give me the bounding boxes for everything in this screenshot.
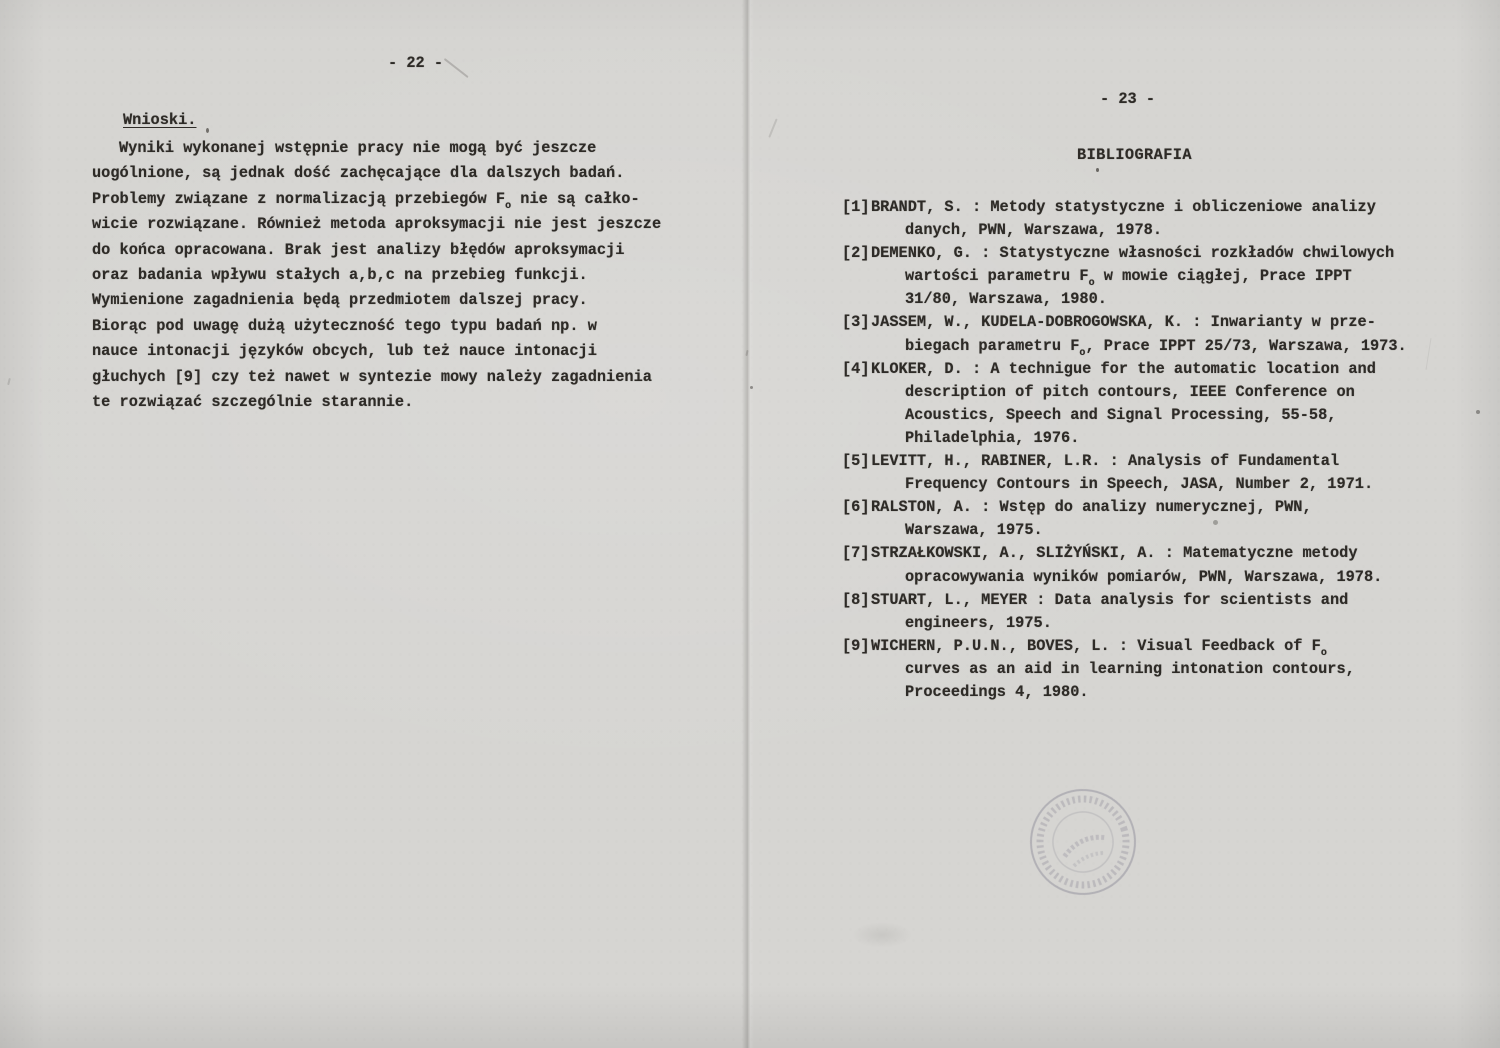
reference-line: engineers, 1975.: [871, 612, 1407, 635]
reference-number: [3]: [842, 311, 871, 334]
reference-line: KLOKER, D. : A technigue for the automat…: [871, 358, 1407, 381]
reference-line: biegach parametru Fo, Prace IPPT 25/73, …: [871, 335, 1407, 358]
reference-line: JASSEM, W., KUDELA-DOBROGOWSKA, K. : Inw…: [871, 311, 1407, 334]
page-number: - 23 -: [1100, 90, 1155, 108]
bibliography-entry-6: [6] RALSTON, A. : Wstęp do analizy numer…: [842, 496, 1407, 542]
ink-smudge: [852, 922, 912, 948]
reference-line: curves as an aid in learning intonation …: [871, 658, 1407, 681]
reference-line: description of pitch contours, IEEE Conf…: [871, 381, 1407, 404]
bibliography-entry-8: [8] STUART, L., MEYER : Data analysis fo…: [842, 589, 1407, 635]
reference-line: BRANDT, S. : Metody statystyczne i oblic…: [871, 196, 1407, 219]
reference-number: [1]: [842, 196, 871, 219]
paragraph-line: te rozwiązać szczególnie starannie.: [92, 390, 661, 415]
bibliography-entry-3: [3] JASSEM, W., KUDELA-DOBROGOWSKA, K. :…: [842, 311, 1407, 357]
reference-line: opracowywania wyników pomiarów, PWN, War…: [871, 566, 1407, 589]
conclusions-paragraph: Wyniki wykonanej wstępnie pracy nie mogą…: [92, 136, 661, 415]
reference-number: [8]: [842, 589, 871, 612]
reference-line: DEMENKO, G. : Statystyczne własności roz…: [871, 242, 1407, 265]
ink-speck: [1096, 168, 1099, 172]
page-fold-line: [742, 0, 754, 1048]
reference-number: [2]: [842, 242, 871, 265]
reference-line: Proceedings 4, 1980.: [871, 681, 1407, 704]
page-number: - 22 -: [388, 54, 443, 72]
bibliography-entry-7: [7] STRZAŁKOWSKI, A., SLIŻYŃSKI, A. : Ma…: [842, 542, 1407, 588]
reference-line: STUART, L., MEYER : Data analysis for sc…: [871, 589, 1407, 612]
paragraph-line: Wyniki wykonanej wstępnie pracy nie mogą…: [92, 136, 661, 161]
bibliography-entry-5: [5] LEVITT, H., RABINER, L.R. : Analysis…: [842, 450, 1407, 496]
reference-number: [6]: [842, 496, 871, 519]
bibliography-entry-9: [9] WICHERN, P.U.N., BOVES, L. : Visual …: [842, 635, 1407, 704]
ink-speck: [745, 350, 748, 356]
paragraph-line: Biorąc pod uwagę dużą użyteczność tego t…: [92, 314, 661, 339]
reference-line: Acoustics, Speech and Signal Processing,…: [871, 404, 1407, 427]
reference-line: wartości parametru Fo w mowie ciągłej, P…: [871, 265, 1407, 288]
section-heading: Wnioski.: [123, 111, 196, 130]
paragraph-line: uogólnione, są jednak dość zachęcające d…: [92, 161, 661, 186]
pen-stroke-mark: [444, 58, 469, 78]
paragraph-line: do końca opracowana. Brak jest analizy b…: [92, 238, 661, 263]
circular-ink-stamp: [1007, 766, 1158, 917]
reference-number: [7]: [842, 542, 871, 565]
reference-number: [5]: [842, 450, 871, 473]
bibliography-entry-4: [4] KLOKER, D. : A technigue for the aut…: [842, 358, 1407, 450]
reference-line: STRZAŁKOWSKI, A., SLIŻYŃSKI, A. : Matema…: [871, 542, 1407, 565]
reference-line: LEVITT, H., RABINER, L.R. : Analysis of …: [871, 450, 1407, 473]
paragraph-line: Wymienione zagadnienia będą przedmiotem …: [92, 288, 661, 313]
reference-line: Warszawa, 1975.: [871, 519, 1407, 542]
bibliography-list: [1] BRANDT, S. : Metody statystyczne i o…: [842, 196, 1407, 704]
ink-speck: [1476, 410, 1480, 414]
ink-speck: [206, 128, 209, 133]
paragraph-line: wicie rozwiązane. Również metoda aproksy…: [92, 212, 661, 237]
reference-number: [9]: [842, 635, 871, 658]
reference-line: Frequency Contours in Speech, JASA, Numb…: [871, 473, 1407, 496]
reference-line: Philadelphia, 1976.: [871, 427, 1407, 450]
ink-speck: [750, 386, 753, 389]
stamp-graphic: [1007, 766, 1158, 917]
bibliography-heading: BIBLIOGRAFIA: [1077, 146, 1192, 165]
reference-line: WICHERN, P.U.N., BOVES, L. : Visual Feed…: [871, 635, 1407, 658]
paragraph-line: Problemy związane z normalizacją przebie…: [92, 187, 661, 212]
ink-speck: [7, 378, 10, 385]
paragraph-line: oraz badania wpływu stałych a,b,c na prz…: [92, 263, 661, 288]
paragraph-line: nauce intonacji języków obcych, lub też …: [92, 339, 661, 364]
paragraph-line: głuchych [9] czy też nawet w syntezie mo…: [92, 365, 661, 390]
reference-line: 31/80, Warszawa, 1980.: [871, 288, 1407, 311]
reference-line: RALSTON, A. : Wstęp do analizy numeryczn…: [871, 496, 1407, 519]
reference-line: danych, PWN, Warszawa, 1978.: [871, 219, 1407, 242]
reference-number: [4]: [842, 358, 871, 381]
scratch-mark: [1426, 338, 1432, 370]
bibliography-entry-2: [2] DEMENKO, G. : Statystyczne własności…: [842, 242, 1407, 311]
scratch-mark: [768, 118, 777, 137]
bibliography-entry-1: [1] BRANDT, S. : Metody statystyczne i o…: [842, 196, 1407, 242]
